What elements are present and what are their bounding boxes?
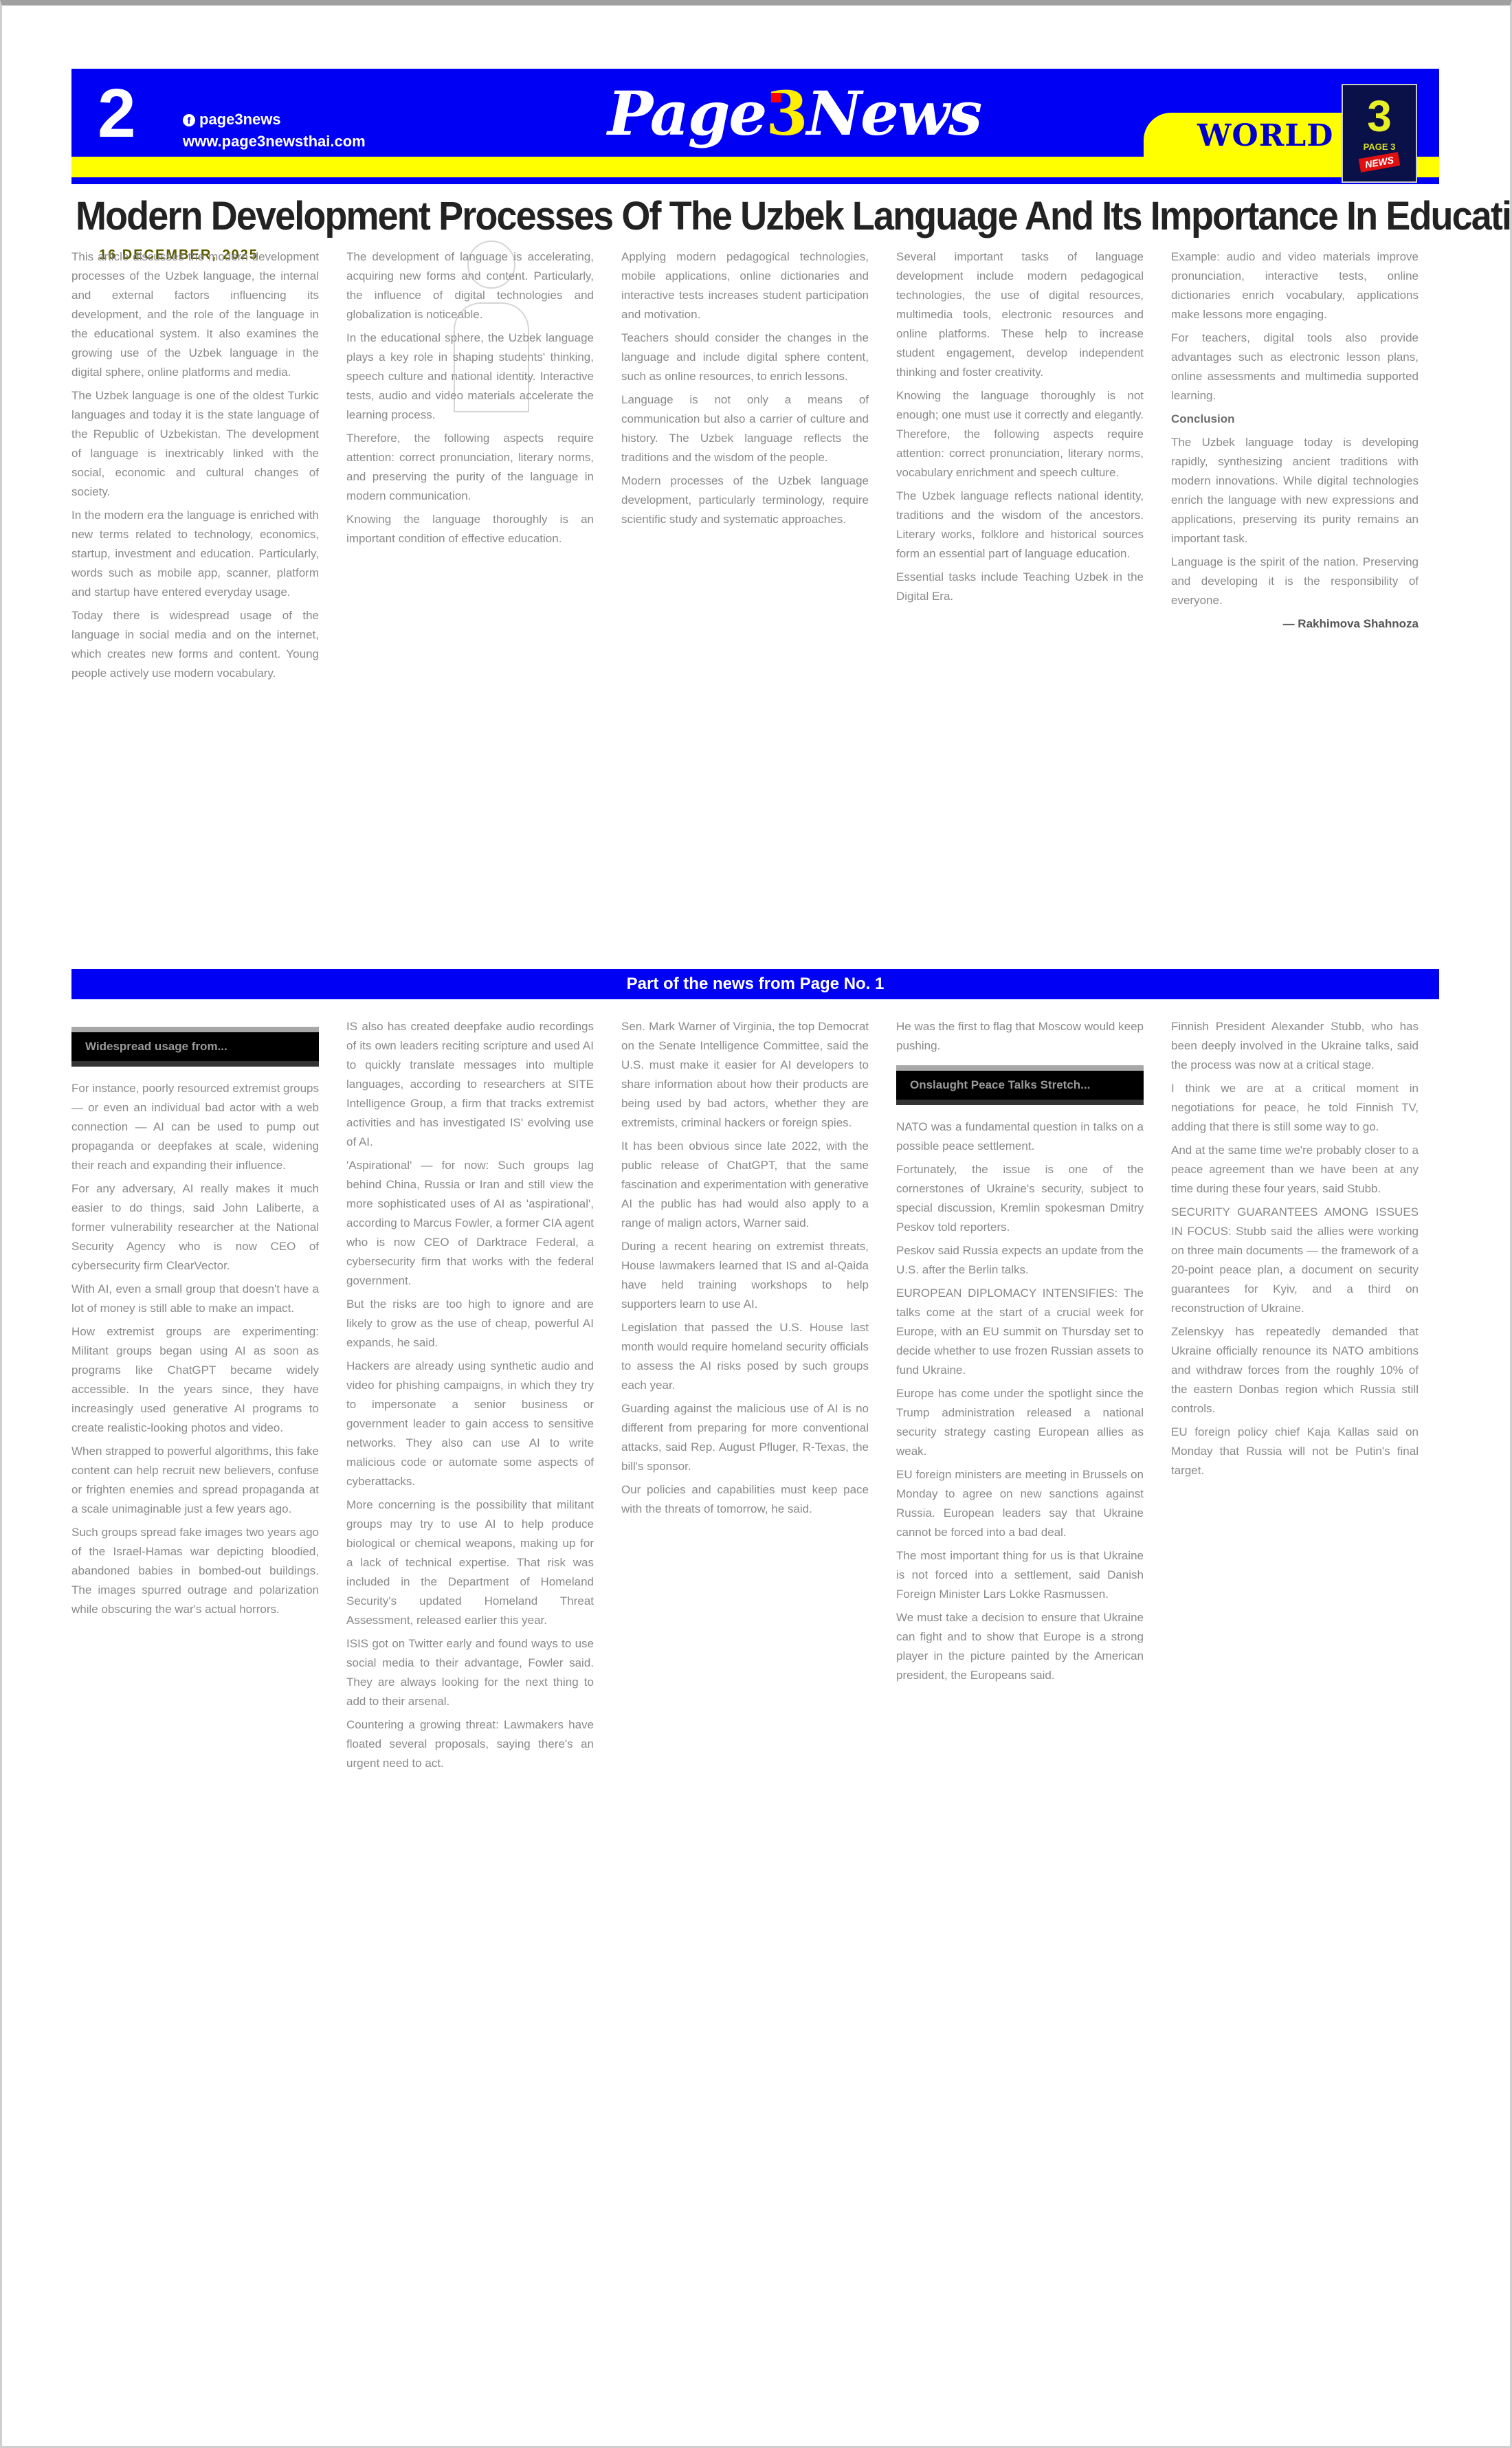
- paragraph: Sen. Mark Warner of Virginia, the top De…: [621, 1017, 869, 1133]
- paragraph: EU foreign ministers are meeting in Brus…: [896, 1465, 1144, 1542]
- paragraph: Europe has come under the spotlight sinc…: [896, 1384, 1144, 1461]
- paragraph: Countering a growing threat: Lawmakers h…: [346, 1715, 594, 1773]
- author-byline: — Rakhimova Shahnoza: [1171, 614, 1419, 634]
- article-columns: This article discusses the modern develo…: [71, 247, 1419, 948]
- page-number: 2: [98, 76, 136, 151]
- paragraph: In the educational sphere, the Uzbek lan…: [346, 329, 594, 425]
- paragraph: And at the same time we're probably clos…: [1171, 1141, 1419, 1199]
- facebook-link[interactable]: fpage3news: [183, 109, 366, 131]
- paragraph: Example: audio and video materials impro…: [1171, 247, 1419, 324]
- paragraph: Teachers should consider the changes in …: [621, 329, 869, 386]
- masthead: 16 DECEMBER, 2025 2 fpage3news www.page3…: [71, 69, 1439, 170]
- paragraph: Fortunately, the issue is one of the cor…: [896, 1160, 1144, 1237]
- section-label: WORLD: [1197, 115, 1333, 157]
- continued-column-1: Widespread usage from... For instance, p…: [71, 1017, 319, 2364]
- paragraph: The Uzbek language today is developing r…: [1171, 433, 1419, 548]
- continued-news-divider: Part of the news from Page No. 1: [71, 969, 1439, 999]
- page3news-logo: Page3News: [608, 76, 981, 151]
- paragraph: EU foreign policy chief Kaja Kallas said…: [1171, 1423, 1419, 1480]
- badge-label: PAGE 3: [1343, 142, 1416, 153]
- article-column-4: Several important tasks of language deve…: [896, 247, 1144, 948]
- page3-badge-logo: 3 PAGE 3 NEWS: [1342, 84, 1417, 183]
- continued-column-2: IS also has created deepfake audio recor…: [346, 1017, 594, 2364]
- paragraph: In the modern era the language is enrich…: [71, 506, 319, 602]
- social-links: fpage3news www.page3newsthai.com: [183, 109, 366, 153]
- logo-suffix: News: [807, 78, 981, 149]
- masthead-bottom-strip: [71, 177, 1439, 184]
- paragraph: Knowing the language thoroughly is not e…: [896, 386, 1144, 482]
- paragraph: Hackers are already using synthetic audi…: [346, 1357, 594, 1491]
- paragraph: Modern processes of the Uzbek language d…: [621, 471, 869, 529]
- paragraph: He was the first to flag that Moscow wou…: [896, 1017, 1144, 1056]
- subheading: Conclusion: [1171, 410, 1419, 429]
- logo-number: 3: [766, 78, 806, 149]
- paragraph: It has been obvious since late 2022, wit…: [621, 1137, 869, 1233]
- paragraph: Today there is widespread usage of the l…: [71, 606, 319, 683]
- badge-news: NEWS: [1359, 152, 1401, 173]
- paragraph: This article discusses the modern develo…: [71, 247, 319, 382]
- article-column-3: Applying modern pedagogical technologies…: [621, 247, 869, 948]
- paragraph: For instance, poorly resourced extremist…: [71, 1079, 319, 1175]
- paragraph: EUROPEAN DIPLOMACY INTENSIFIES: The talk…: [896, 1284, 1144, 1380]
- teaser-label[interactable]: Widespread usage from...: [71, 1027, 319, 1067]
- paragraph: Zelenskyy has repeatedly demanded that U…: [1171, 1322, 1419, 1418]
- paragraph: Finnish President Alexander Stubb, who h…: [1171, 1017, 1419, 1075]
- paragraph: Applying modern pedagogical technologies…: [621, 247, 869, 324]
- paragraph: Knowing the language thoroughly is an im…: [346, 510, 594, 548]
- logo-prefix: Page: [608, 78, 766, 149]
- paragraph: But the risks are too high to ignore and…: [346, 1295, 594, 1353]
- paragraph: Therefore, the following aspects require…: [346, 429, 594, 506]
- paragraph: For any adversary, AI really makes it mu…: [71, 1179, 319, 1276]
- paragraph: We must take a decision to ensure that U…: [896, 1608, 1144, 1685]
- article-column-1: This article discusses the modern develo…: [71, 247, 319, 948]
- paragraph: The most important thing for us is that …: [896, 1546, 1144, 1604]
- continued-columns: Widespread usage from... For instance, p…: [71, 1017, 1419, 2364]
- paragraph: IS also has created deepfake audio recor…: [346, 1017, 594, 1152]
- paragraph: Our policies and capabilities must keep …: [621, 1480, 869, 1519]
- paragraph: The development of language is accelerat…: [346, 247, 594, 324]
- paragraph: When strapped to powerful algorithms, th…: [71, 1442, 319, 1519]
- paragraph: Such groups spread fake images two years…: [71, 1523, 319, 1619]
- paragraph: Language is the spirit of the nation. Pr…: [1171, 553, 1419, 610]
- article-column-2: The development of language is accelerat…: [346, 247, 594, 948]
- continued-column-3: Sen. Mark Warner of Virginia, the top De…: [621, 1017, 869, 2364]
- paragraph: 'Aspirational' — for now: Such groups la…: [346, 1156, 594, 1291]
- paragraph: Guarding against the malicious use of AI…: [621, 1399, 869, 1476]
- continued-column-4: He was the first to flag that Moscow wou…: [896, 1017, 1144, 2364]
- paragraph: ISIS got on Twitter early and found ways…: [346, 1634, 594, 1711]
- paragraph: For teachers, digital tools also provide…: [1171, 329, 1419, 405]
- paragraph: Legislation that passed the U.S. House l…: [621, 1318, 869, 1395]
- paragraph: SECURITY GUARANTEES AMONG ISSUES IN FOCU…: [1171, 1203, 1419, 1318]
- article-headline: Modern Development Processes Of The Uzbe…: [76, 192, 1348, 241]
- paragraph: Several important tasks of language deve…: [896, 247, 1144, 382]
- paragraph: NATO was a fundamental question in talks…: [896, 1117, 1144, 1156]
- paragraph: More concerning is the possibility that …: [346, 1495, 594, 1630]
- date-strip: 16 DECEMBER, 2025: [71, 157, 1439, 177]
- facebook-handle: page3news: [199, 111, 281, 128]
- website-link[interactable]: www.page3newsthai.com: [183, 131, 366, 153]
- paragraph: I think we are at a critical moment in n…: [1171, 1079, 1419, 1137]
- badge-number: 3: [1343, 91, 1416, 142]
- article-column-5: Example: audio and video materials impro…: [1171, 247, 1419, 948]
- paragraph: Language is not only a means of communic…: [621, 390, 869, 467]
- paragraph: During a recent hearing on extremist thr…: [621, 1237, 869, 1314]
- teaser-label[interactable]: Onslaught Peace Talks Stretch...: [896, 1065, 1144, 1105]
- continued-column-5: Finnish President Alexander Stubb, who h…: [1171, 1017, 1419, 2364]
- paragraph: How extremist groups are experimenting: …: [71, 1322, 319, 1438]
- paragraph: The Uzbek language reflects national ide…: [896, 487, 1144, 564]
- paragraph: The Uzbek language is one of the oldest …: [71, 386, 319, 502]
- paragraph: With AI, even a small group that doesn't…: [71, 1280, 319, 1318]
- paragraph: Essential tasks include Teaching Uzbek i…: [896, 568, 1144, 606]
- facebook-icon: f: [183, 114, 195, 126]
- paragraph: Peskov said Russia expects an update fro…: [896, 1241, 1144, 1280]
